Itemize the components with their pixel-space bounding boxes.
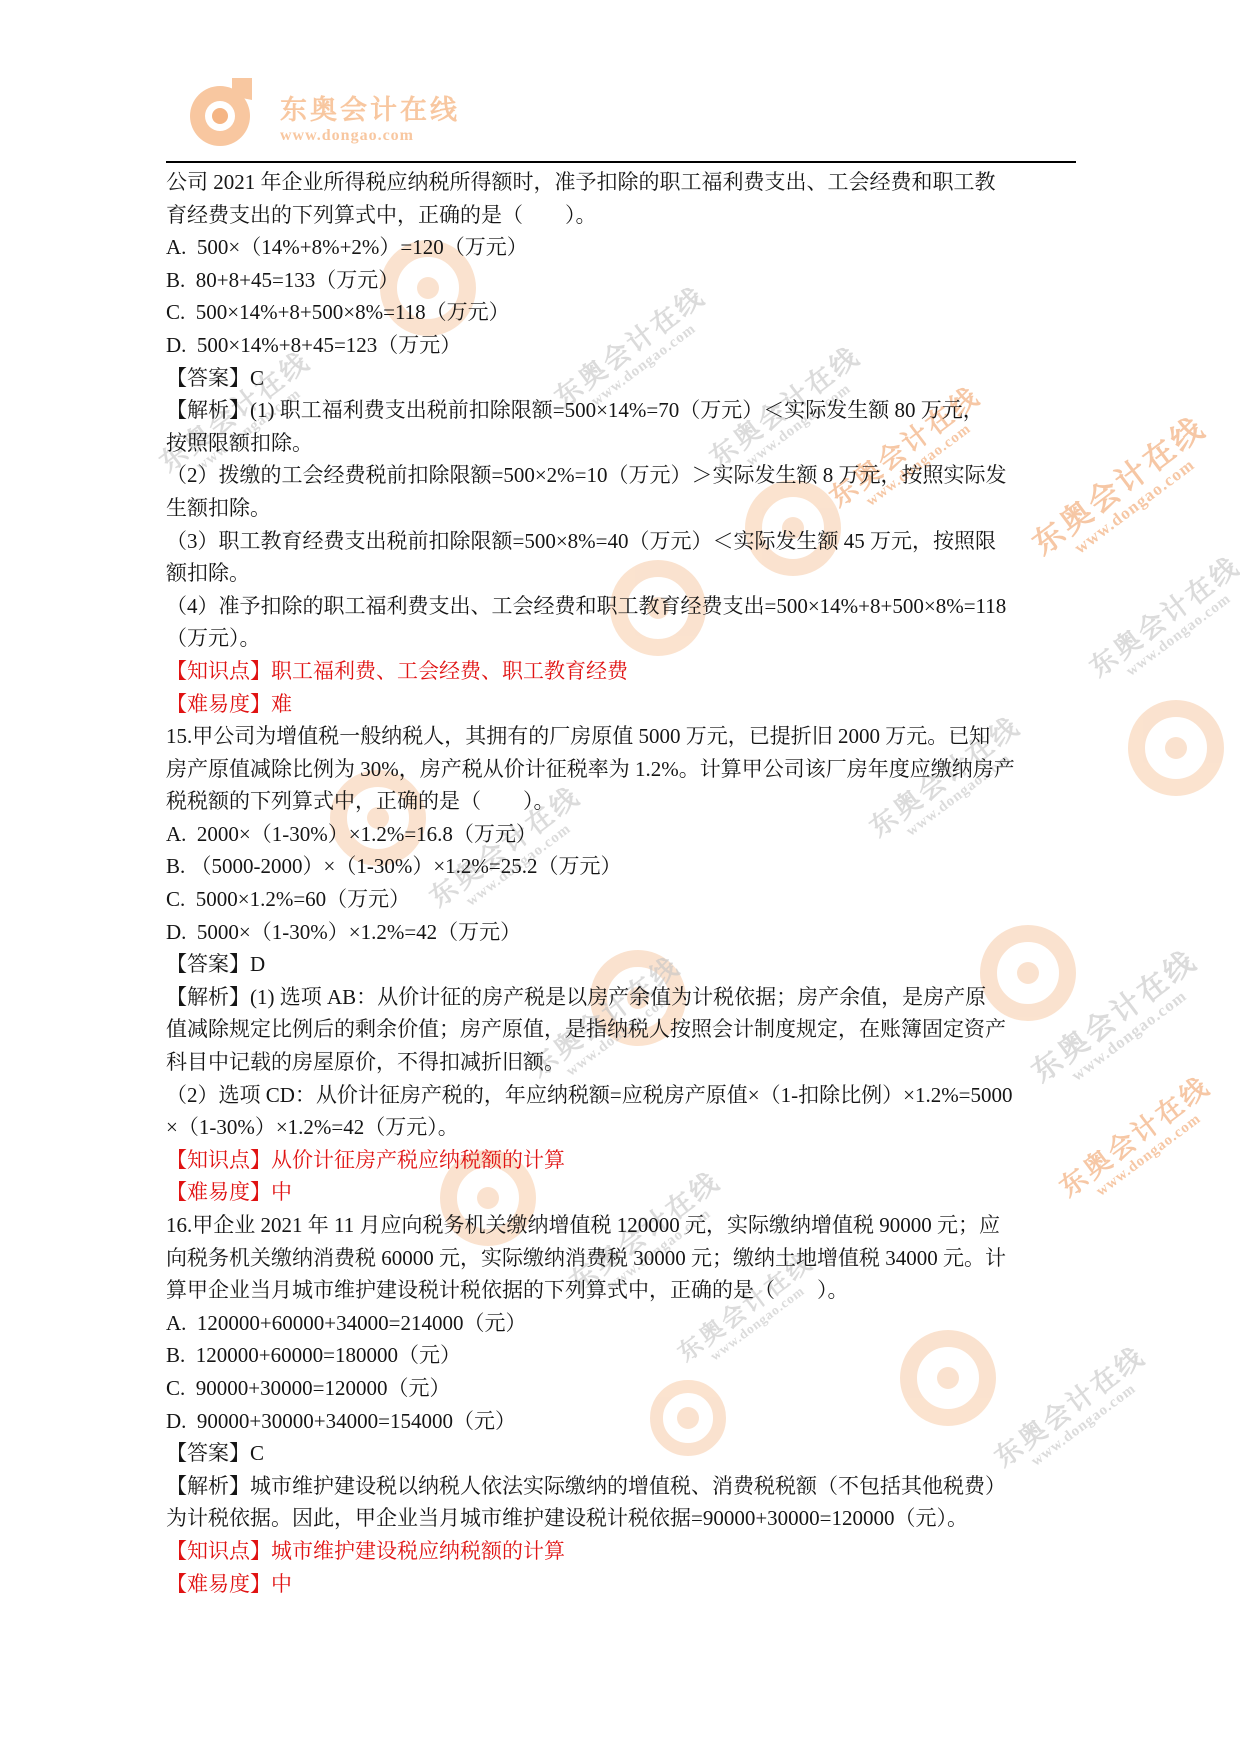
text-line: C. 5000×1.2%=60（万元） — [166, 883, 1096, 916]
text-line: 【答案】C — [166, 362, 1096, 395]
watermark-url: www.dongao.com — [1102, 575, 1240, 697]
watermark-text: 东奥会计在线www.dongao.com — [1084, 551, 1240, 697]
text-line: A. 120000+60000+34000=214000（元） — [166, 1307, 1096, 1340]
header-divider — [166, 161, 1076, 163]
tag-line: 【知识点】城市维护建设税应纳税额的计算 — [166, 1535, 1096, 1568]
text-line: B. 120000+60000=180000（元） — [166, 1339, 1096, 1372]
text-line: （2）选项 CD：从价计征房产税的，年应纳税额=应税房产原值×（1-扣除比例）×… — [166, 1079, 1096, 1112]
text-line: A. 2000×（1-30%）×1.2%=16.8（万元） — [166, 818, 1096, 851]
text-line: 【答案】D — [166, 948, 1096, 981]
watermark-brand: 东奥会计在线 — [1084, 551, 1240, 683]
text-line: （4）准予扣除的职工福利费支出、工会经费和职工教育经费支出=500×14%+8+… — [166, 590, 1096, 623]
text-line: 算甲企业当月城市维护建设税计税依据的下列算式中，正确的是（ ）。 — [166, 1274, 1096, 1307]
text-line: 税税额的下列算式中，正确的是（ ）。 — [166, 785, 1096, 818]
text-line: （万元）。 — [166, 622, 1096, 655]
watermark-logo-icon — [1128, 700, 1224, 796]
text-line: （2）拨缴的工会经费税前扣除限额=500×2%=10（万元）＞实际发生额 8 万… — [166, 459, 1096, 492]
brand-text-block: 东奥会计在线 www.dongao.com — [280, 74, 460, 145]
tag-line: 【难易度】难 — [166, 688, 1096, 721]
site-logo: 东奥会计在线 www.dongao.com — [186, 74, 460, 155]
text-line: ×（1-30%）×1.2%=42（万元）。 — [166, 1111, 1096, 1144]
brand-url: www.dongao.com — [280, 127, 460, 145]
text-line: B. 80+8+45=133（万元） — [166, 264, 1096, 297]
text-line: D. 500×14%+8+45=123（万元） — [166, 329, 1096, 362]
tag-line: 【知识点】从价计征房产税应纳税额的计算 — [166, 1144, 1096, 1177]
brand-name: 东奥会计在线 — [280, 96, 460, 124]
text-line: D. 5000×（1-30%）×1.2%=42（万元） — [166, 916, 1096, 949]
document-page: 东奥会计在线www.dongao.com东奥会计在线www.dongao.com… — [0, 0, 1240, 1753]
text-line: 【解析】城市维护建设税以纳税人依法实际缴纳的增值税、消费税税额（不包括其他税费） — [166, 1470, 1096, 1503]
text-line: 16.甲企业 2021 年 11 月应向税务机关缴纳增值税 120000 元，实… — [166, 1209, 1096, 1242]
text-line: C. 500×14%+8+500×8%=118（万元） — [166, 296, 1096, 329]
text-line: 15.甲公司为增值税一般纳税人，其拥有的厂房原值 5000 万元，已提折旧 20… — [166, 720, 1096, 753]
text-line: A. 500×（14%+8%+2%）=120（万元） — [166, 231, 1096, 264]
text-line: 房产原值减除比例为 30%，房产税从价计征税率为 1.2%。计算甲公司该厂房年度… — [166, 753, 1096, 786]
text-line: 为计税依据。因此，甲企业当月城市维护建设税计税依据=90000+30000=12… — [166, 1502, 1096, 1535]
text-line: 按照限额扣除。 — [166, 427, 1096, 460]
text-line: 额扣除。 — [166, 557, 1096, 590]
text-line: 值减除规定比例后的剩余价值；房产原值，是指纳税人按照会计制度规定，在账簿固定资产 — [166, 1013, 1096, 1046]
text-line: 科目中记载的房屋原价，不得扣减折旧额。 — [166, 1046, 1096, 1079]
text-line: D. 90000+30000+34000=154000（元） — [166, 1405, 1096, 1438]
text-line: 【解析】(1) 选项 AB：从价计征的房产税是以房产余值为计税依据；房产余值，是… — [166, 981, 1096, 1014]
tag-line: 【难易度】中 — [166, 1568, 1096, 1601]
tag-line: 【知识点】职工福利费、工会经费、职工教育经费 — [166, 655, 1096, 688]
text-line: （3）职工教育经费支出税前扣除限额=500×8%=40（万元）＜实际发生额 45… — [166, 525, 1096, 558]
dongao-logo-icon — [186, 74, 266, 155]
tag-line: 【难易度】中 — [166, 1176, 1096, 1209]
text-line: C. 90000+30000=120000（元） — [166, 1372, 1096, 1405]
text-line: 育经费支出的下列算式中，正确的是（ ）。 — [166, 199, 1096, 232]
document-content: 公司 2021 年企业所得税应纳税所得额时，准予扣除的职工福利费支出、工会经费和… — [166, 166, 1096, 1600]
watermark-logo-dot — [1165, 737, 1187, 759]
text-line: 生额扣除。 — [166, 492, 1096, 525]
text-line: 【答案】C — [166, 1437, 1096, 1470]
text-line: 【解析】(1) 职工福利费支出税前扣除限额=500×14%=70（万元）＜实际发… — [166, 394, 1096, 427]
text-line: 向税务机关缴纳消费税 60000 元，实际缴纳消费税 30000 元；缴纳土地增… — [166, 1242, 1096, 1275]
text-line: 公司 2021 年企业所得税应纳税所得额时，准予扣除的职工福利费支出、工会经费和… — [166, 166, 1096, 199]
text-line: B. （5000-2000）×（1-30%）×1.2%=25.2（万元） — [166, 850, 1096, 883]
